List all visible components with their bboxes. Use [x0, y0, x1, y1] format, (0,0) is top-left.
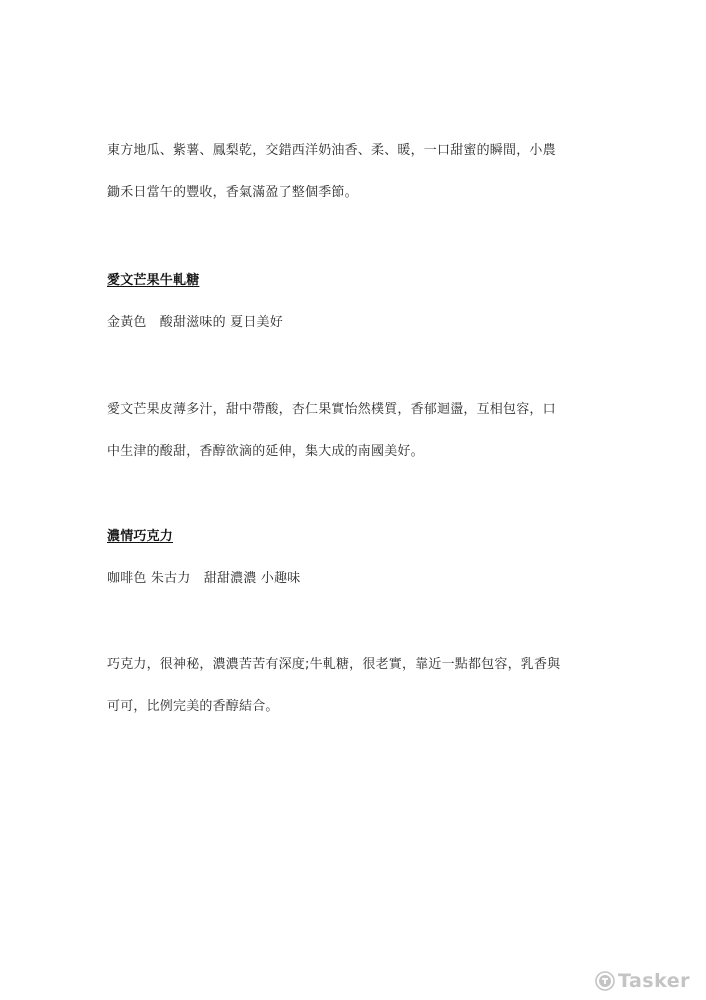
intro-line-2: 鋤禾日當午的豐收，香氣滿盈了整個季節。: [107, 185, 358, 201]
intro-line-1: 東方地瓜、紫薯、鳳梨乾，交錯西洋奶油香、柔、暖，一口甜蜜的瞬間，小農: [107, 143, 556, 159]
section-body-chocolate-line-2: 可可，比例完美的香醇結合。: [107, 699, 279, 715]
section-body-chocolate-line-1: 巧克力，很神秘，濃濃苦苦有深度;牛軋糖，很老實，靠近一點都包容，乳香與: [107, 657, 560, 673]
section-body-mango-line-1: 愛文芒果皮薄多汁，甜中帶酸，杏仁果實怡然樸質，香郁迴盪，互相包容，口: [107, 402, 556, 418]
section-subtitle-mango: 金黃色 酸甜滋味的 夏日美好: [107, 315, 283, 331]
tasker-logo-icon: [595, 971, 615, 991]
tasker-watermark: Tasker: [595, 970, 690, 992]
section-subtitle-chocolate: 咖啡色 朱古力 甜甜濃濃 小趣味: [107, 571, 300, 587]
document-page: 東方地瓜、紫薯、鳳梨乾，交錯西洋奶油香、柔、暖，一口甜蜜的瞬間，小農 鋤禾日當午…: [0, 0, 706, 1000]
watermark-text: Tasker: [618, 970, 690, 992]
section-title-mango: 愛文芒果牛軋糖: [107, 273, 199, 289]
section-title-chocolate: 濃情巧克力: [107, 529, 173, 545]
section-body-mango-line-2: 中生津的酸甜，香醇欲滴的延伸，集大成的南國美好。: [107, 444, 424, 460]
